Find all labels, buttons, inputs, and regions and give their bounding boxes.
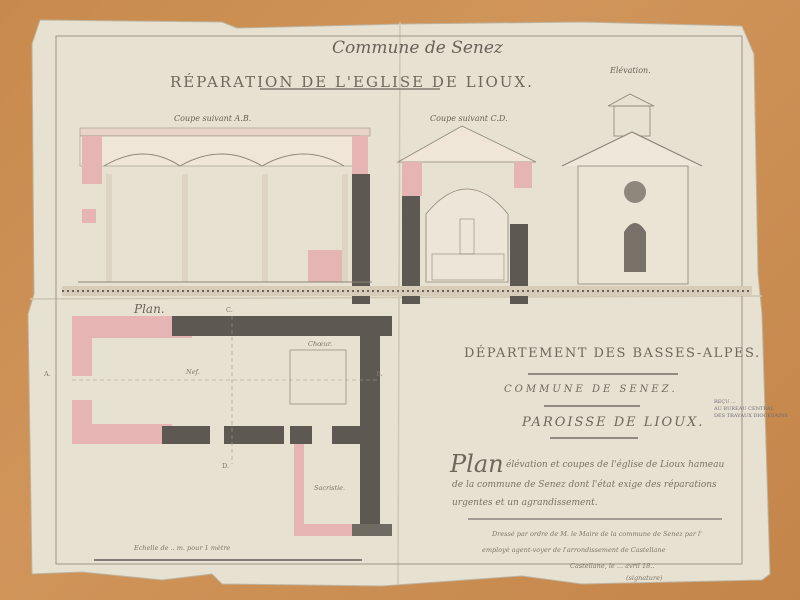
plan-label-c: C. <box>226 306 233 314</box>
cartouche-paroisse: PAROISSE DE LIOUX. <box>522 415 705 430</box>
description-line-3: urgentes et un agrandissement. <box>452 498 598 508</box>
signature-line-3: Castellane, le ... avril 18.. <box>570 562 654 570</box>
label-plan: Plan. <box>134 302 165 316</box>
reception-stamp: REÇU ... AU BUREAU CENTRAL DES TRAVAUX D… <box>714 399 788 420</box>
plan-label-sacristie: Sacristie. <box>314 484 345 492</box>
drawing-sheet: Commune de Senez RÉPARATION DE L'EGLISE … <box>22 14 774 592</box>
signature-line-1: Dressé par ordre de M. le Maire de la co… <box>492 530 702 538</box>
plan-label-nef: Nef. <box>186 368 200 376</box>
cartouche-commune: COMMUNE DE SENEZ. <box>504 384 678 395</box>
stamp-line-2: AU BUREAU CENTRAL <box>714 406 788 413</box>
signature-line-2: employé agent-voyer de l'arrondissement … <box>482 546 665 554</box>
stamp-line-1: REÇU ... <box>714 399 788 406</box>
description-line-2: de la commune de Senez dont l'état exige… <box>452 480 717 490</box>
handwritten-commune-header: Commune de Senez <box>332 38 503 58</box>
description-line-1: élévation et coupes de l'église de Lioux… <box>506 460 724 470</box>
stamp-line-3: DES TRAVAUX DIOCÉSAINS <box>714 413 788 420</box>
plan-label-a: A. <box>44 370 51 378</box>
signature: (signature) <box>626 574 662 582</box>
cartouche-department: DÉPARTEMENT DES BASSES-ALPES. <box>464 346 761 361</box>
plan-label-b: B. <box>376 370 383 378</box>
plan-label-choeur: Chœur. <box>308 340 332 348</box>
label-elevation: Elévation. <box>610 66 651 75</box>
scale-caption: Echelle de .. m. pour 1 mètre <box>134 544 230 552</box>
label-section-cd: Coupe suivant C.D. <box>430 114 508 123</box>
label-section-ab: Coupe suivant A.B. <box>174 114 251 123</box>
drawing-title: RÉPARATION DE L'EGLISE DE LIOUX. <box>170 73 534 91</box>
cartouche-plan-word: Plan <box>450 450 504 478</box>
plan-label-d: D. <box>222 462 229 470</box>
